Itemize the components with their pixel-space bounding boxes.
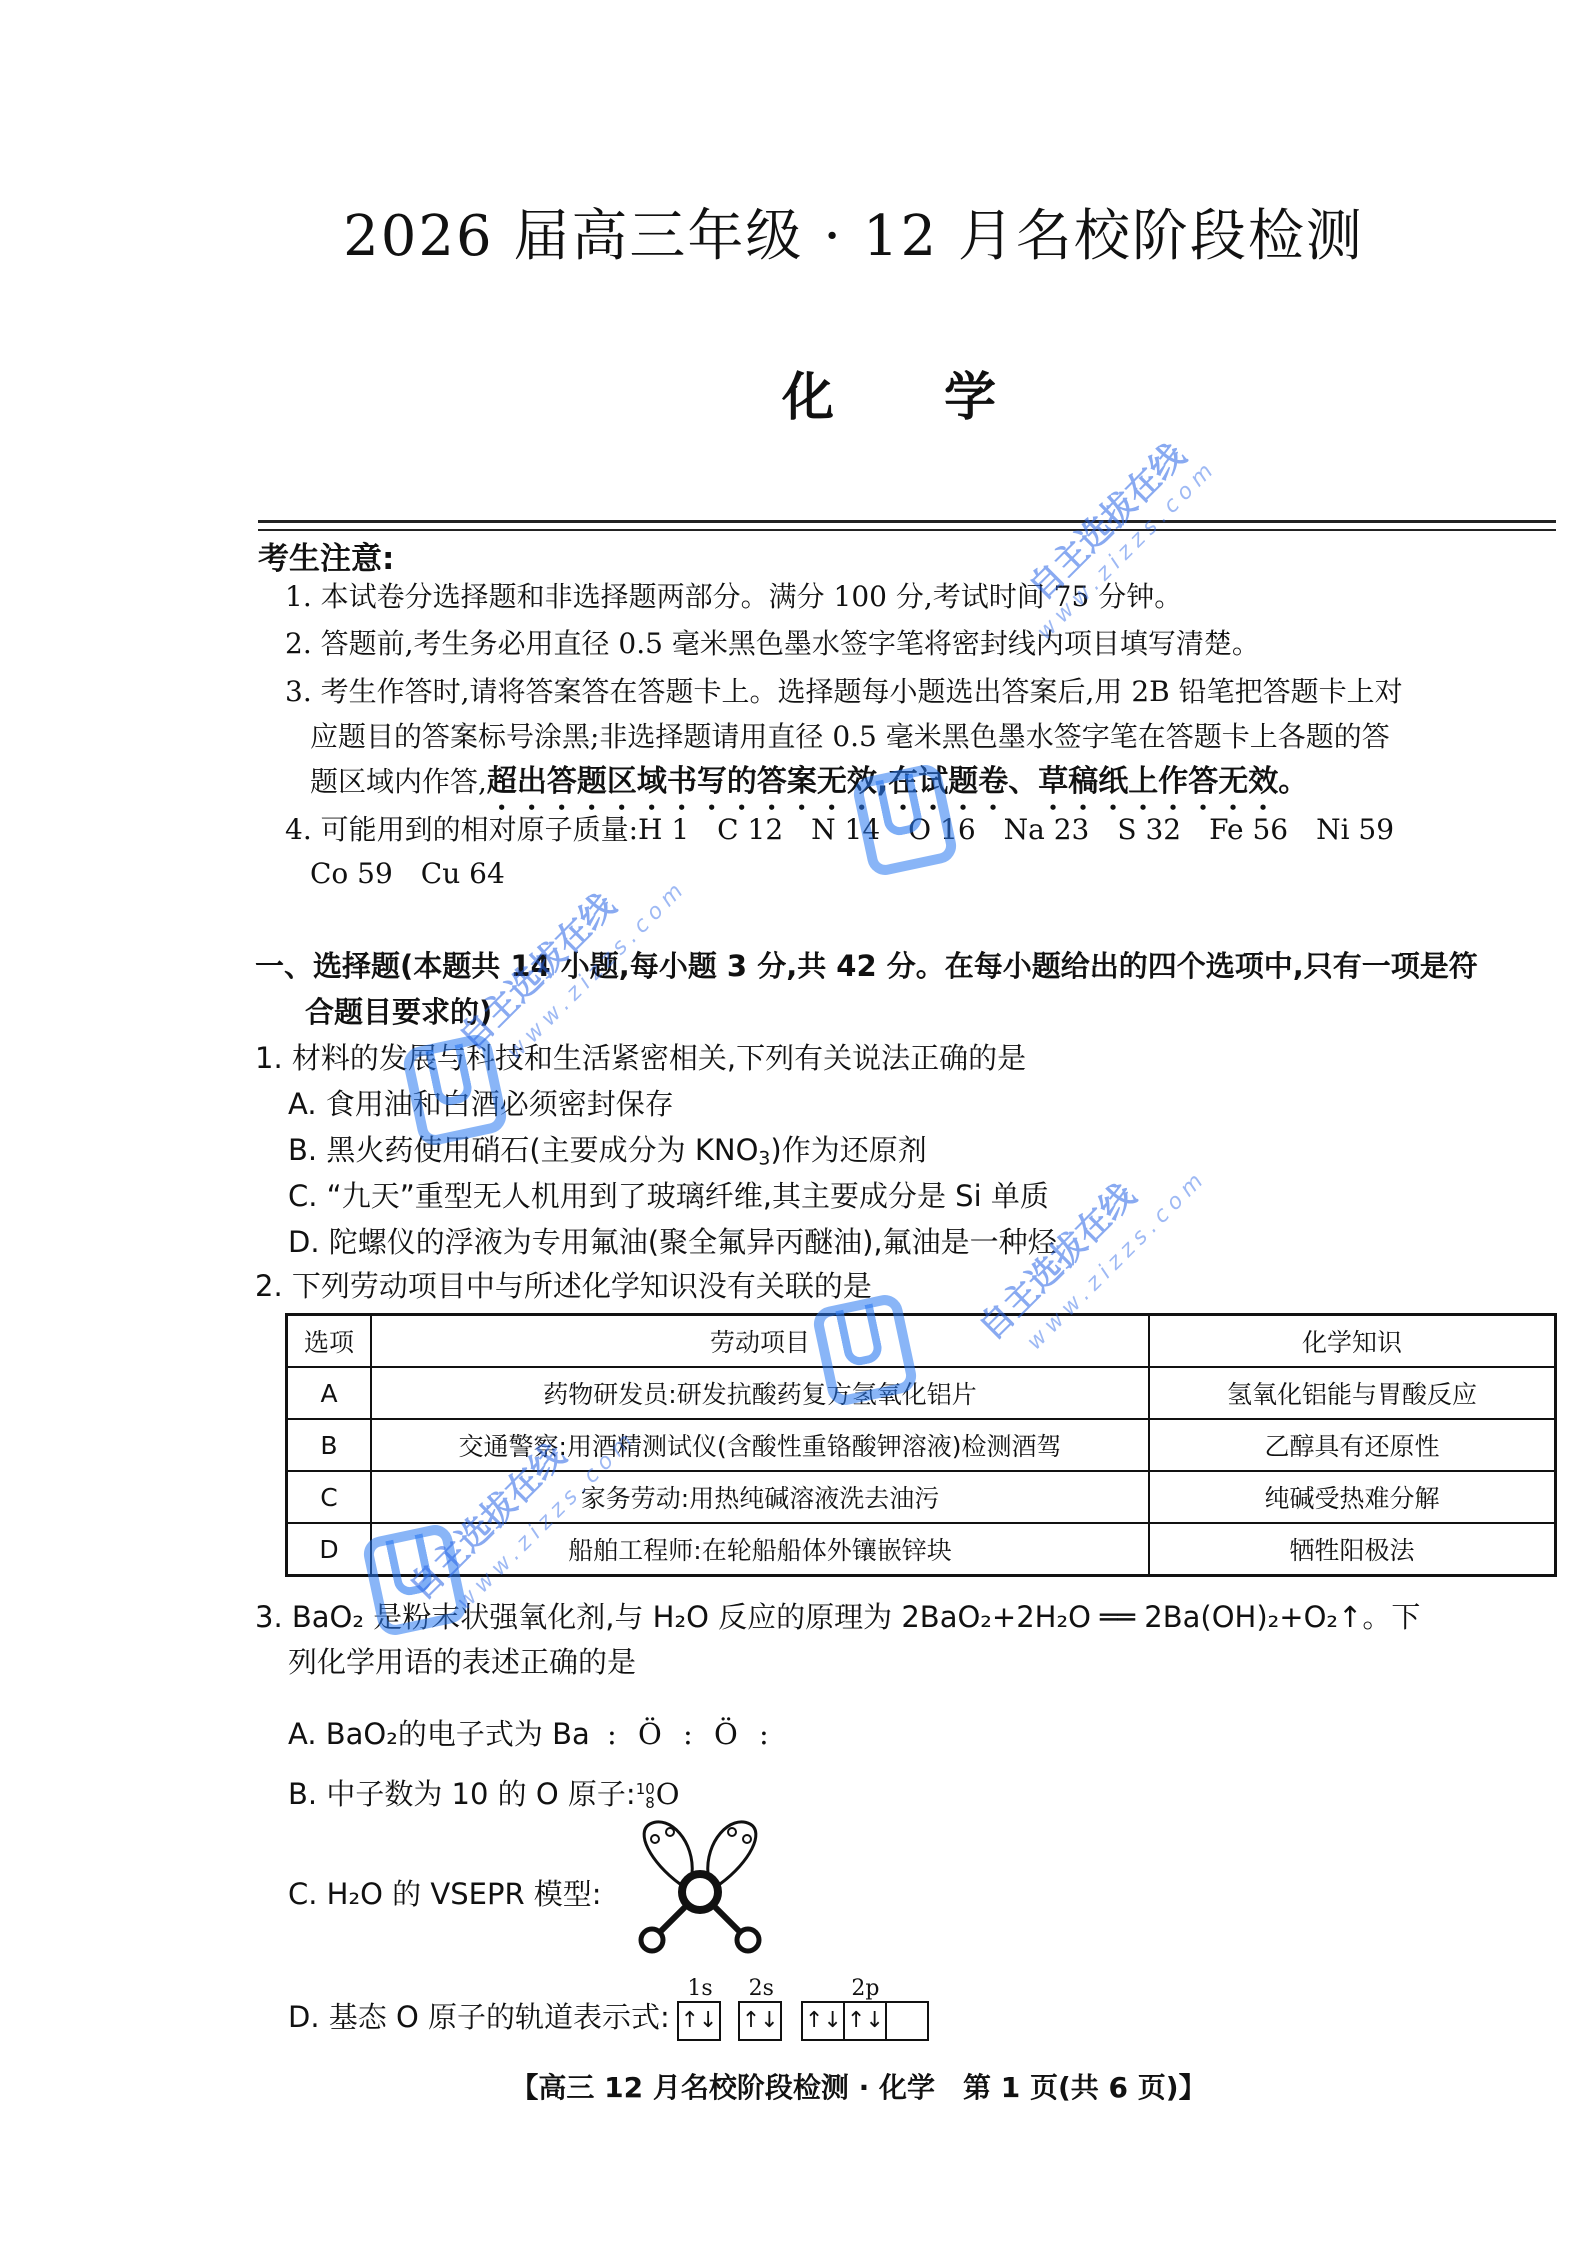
element-symbol: O bbox=[656, 1777, 680, 1811]
electron-formula: : Ö : Ö : bbox=[607, 1717, 775, 1751]
table-cell: C bbox=[287, 1471, 372, 1523]
subject-char-2: 学 bbox=[944, 355, 996, 430]
orbital-label: 2p bbox=[801, 1967, 929, 2011]
notice-item-4-cont: Co 59 Cu 64 bbox=[310, 852, 505, 896]
orbital-1s: 1s↑↓ bbox=[679, 1997, 721, 2041]
question-3-stem-cont: 列化学用语的表述正确的是 bbox=[288, 1640, 636, 1684]
table-header-row: 选项 劳动项目 化学知识 bbox=[287, 1315, 1556, 1368]
notice-item-3-cont: 应题目的答案标号涂黑;非选择题请用直径 0.5 毫米黑色墨水签字笔在答题卡上各题… bbox=[310, 715, 1390, 759]
question-3-option-b: B. 中子数为 10 的 O 原子:108O bbox=[288, 1772, 680, 1816]
question-1-option-c: C. “九天”重型无人机用到了玻璃纤维,其主要成分是 Si 单质 bbox=[288, 1174, 1049, 1218]
atomic-number: 8 bbox=[636, 1796, 655, 1810]
question-1-option-a: A. 食用油和白酒必须密封保存 bbox=[288, 1082, 674, 1126]
option-b-text: B. 黑火药使用硝石(主要成分为 KNO bbox=[288, 1133, 758, 1167]
orbital-label: 1s bbox=[679, 1967, 721, 2011]
notice-item-3-cont2-text: 题区域内作答, bbox=[310, 765, 487, 798]
question-3-option-a: A. BaO₂的电子式为 Ba : Ö : Ö : bbox=[288, 1712, 775, 1756]
subject-char-1: 化 bbox=[782, 355, 834, 430]
section-heading-cont: 合题目要求的) bbox=[305, 990, 492, 1034]
section-heading: 一、选择题(本题共 14 小题,每小题 3 分,共 42 分。在每小题给出的四个… bbox=[255, 944, 1478, 988]
table-cell: B bbox=[287, 1419, 372, 1471]
option-b-text-end: )作为还原剂 bbox=[770, 1133, 926, 1167]
page-footer: 【高三 12 月名校阶段检测 · 化学 第 1 页(共 6 页)】 bbox=[0, 2066, 1587, 2106]
option-d-text: D. 基态 O 原子的轨道表示式: bbox=[288, 2000, 670, 2034]
notice-item-2: 2. 答题前,考生务必用直径 0.5 毫米黑色墨水签字笔将密封线内项目填写清楚。 bbox=[285, 622, 1260, 666]
notice-item-3: 3. 考生作答时,请将答案答在答题卡上。选择题每小题选出答案后,用 2B 铅笔把… bbox=[285, 670, 1403, 714]
option-a-text: A. BaO₂的电子式为 Ba bbox=[288, 1717, 590, 1751]
subscript: 3 bbox=[758, 1149, 770, 1170]
notice-item-4: 4. 可能用到的相对原子质量:H 1 C 12 N 14 O 16 Na 23 … bbox=[285, 808, 1394, 852]
notice-item-1: 1. 本试卷分选择题和非选择题两部分。满分 100 分,考试时间 75 分钟。 bbox=[285, 575, 1182, 619]
table-cell: 交通警察:用酒精测试仪(含酸性重铬酸钾溶液)检测酒驾 bbox=[371, 1419, 1149, 1471]
exam-title: 2026 届高三年级 · 12 月名校阶段检测 bbox=[0, 192, 1587, 272]
table-row: C 家务劳动:用热纯碱溶液洗去油污 纯碱受热难分解 bbox=[287, 1471, 1556, 1523]
table-header-cell: 选项 bbox=[287, 1315, 372, 1368]
table-cell: 牺牲阳极法 bbox=[1149, 1523, 1556, 1576]
header-double-rule bbox=[258, 520, 1556, 531]
table-cell: 家务劳动:用热纯碱溶液洗去油污 bbox=[371, 1471, 1149, 1523]
table-cell: 船舶工程师:在轮船船体外镶嵌锌块 bbox=[371, 1523, 1149, 1576]
question-3-stem: 3. BaO₂ 是粉末状强氧化剂,与 H₂O 反应的原理为 2BaO₂+2H₂O… bbox=[255, 1595, 1420, 1639]
vsepr-model-icon bbox=[620, 1812, 780, 1962]
table-header-cell: 化学知识 bbox=[1149, 1315, 1556, 1368]
table-cell: D bbox=[287, 1523, 372, 1576]
option-b-text: B. 中子数为 10 的 O 原子: bbox=[288, 1777, 636, 1811]
question-3-option-c: C. H₂O 的 VSEPR 模型: bbox=[288, 1872, 602, 1916]
table-cell: 氢氧化铝能与胃酸反应 bbox=[1149, 1367, 1556, 1419]
question-3-option-d: D. 基态 O 原子的轨道表示式: 1s↑↓ 2s↑↓ 2p↑↓↑↓ bbox=[288, 1995, 939, 2041]
table-cell: 乙醇具有还原性 bbox=[1149, 1419, 1556, 1471]
question-2-stem: 2. 下列劳动项目中与所述化学知识没有关联的是 bbox=[255, 1264, 872, 1308]
table-row: D 船舶工程师:在轮船船体外镶嵌锌块 牺牲阳极法 bbox=[287, 1523, 1556, 1576]
subject-title: 化学 bbox=[782, 355, 996, 430]
orbital-2s: 2s↑↓ bbox=[740, 1997, 782, 2041]
orbital-label: 2s bbox=[740, 1967, 782, 2011]
question-2-table: 选项 劳动项目 化学知识 A 药物研发员:研发抗酸药复方氢氧化铝片 氢氧化铝能与… bbox=[285, 1313, 1557, 1577]
table-header-cell: 劳动项目 bbox=[371, 1315, 1149, 1368]
notice-emphasis: 超出答题区域书写的答案无效,在试题卷、草稿纸上作答无效。 bbox=[487, 764, 1308, 799]
question-1-stem: 1. 材料的发展与科技和生活紧密相关,下列有关说法正确的是 bbox=[255, 1036, 1026, 1080]
notice-heading: 考生注意: bbox=[258, 533, 394, 578]
isotope-notation: 108 bbox=[636, 1782, 655, 1810]
question-1-option-d: D. 陀螺仪的浮液为专用氟油(聚全氟异丙醚油),氟油是一种烃 bbox=[288, 1220, 1057, 1264]
table-row: A 药物研发员:研发抗酸药复方氢氧化铝片 氢氧化铝能与胃酸反应 bbox=[287, 1367, 1556, 1419]
orbital-2p: 2p↑↓↑↓ bbox=[801, 1997, 929, 2041]
table-row: B 交通警察:用酒精测试仪(含酸性重铬酸钾溶液)检测酒驾 乙醇具有还原性 bbox=[287, 1419, 1556, 1471]
table-cell: A bbox=[287, 1367, 372, 1419]
table-cell: 纯碱受热难分解 bbox=[1149, 1471, 1556, 1523]
table-cell: 药物研发员:研发抗酸药复方氢氧化铝片 bbox=[371, 1367, 1149, 1419]
